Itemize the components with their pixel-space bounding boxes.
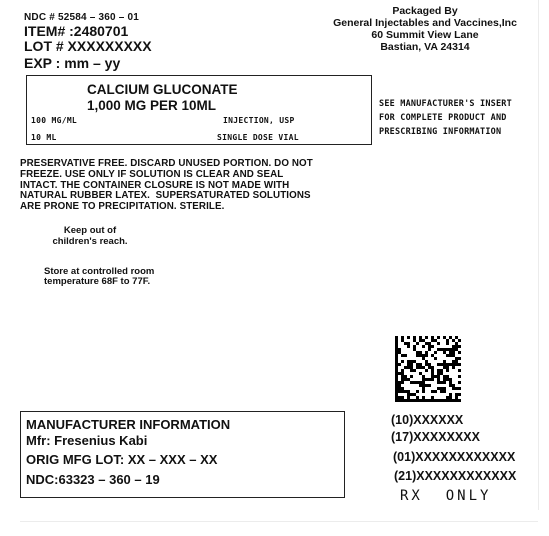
gs1-expiry: (17)XXXXXXXX [391, 430, 480, 444]
rx-only: RX ONLY [400, 488, 491, 504]
product-vial-type: SINGLE DOSE VIAL [217, 133, 299, 142]
storage-notice: Store at controlled room temperature 68F… [44, 267, 184, 287]
warning-line: FREEZE. USE ONLY IF SOLUTION IS CLEAR AN… [20, 170, 350, 181]
insert-note: SEE MANUFACTURER'S INSERT FOR COMPLETE P… [379, 97, 512, 139]
packager-street: 60 Summit View Lane [300, 29, 549, 41]
gs1-serial: (21)XXXXXXXXXXXX [394, 469, 516, 483]
label-edge-right [538, 0, 539, 510]
storage-line: temperature 68F to 77F. [44, 277, 184, 287]
manufacturer-box: MANUFACTURER INFORMATION Mfr: Fresenius … [20, 411, 345, 498]
gs1-batch: (10)XXXXXX [391, 413, 463, 427]
product-volume: 10 ML [31, 133, 57, 142]
lot-number: LOT # XXXXXXXXX [24, 38, 152, 54]
packager-company: General Injectables and Vaccines,Inc [300, 17, 549, 29]
keep-out-notice: Keep out of children's reach. [40, 225, 140, 247]
manufacturer-name: Mfr: Fresenius Kabi [26, 433, 147, 448]
manufacturer-title: MANUFACTURER INFORMATION [26, 417, 230, 432]
product-box: CALCIUM GLUCONATE 1,000 MG PER 10ML 100 … [26, 75, 372, 145]
datamatrix-icon [394, 336, 462, 402]
expiration-date: EXP : mm – yy [24, 55, 120, 71]
keep-out-line: Keep out of [40, 225, 140, 236]
keep-out-line: children's reach. [40, 236, 140, 247]
warning-line: ARE PRONE TO PRECIPITATION. STERILE. [20, 202, 350, 213]
packager-heading: Packaged By [300, 5, 549, 17]
gs1-gtin: (01)XXXXXXXXXXXX [393, 450, 515, 464]
product-strength: 1,000 MG PER 10ML [87, 98, 216, 113]
manufacturer-ndc: NDC:63323 – 360 – 19 [26, 472, 160, 487]
product-name: CALCIUM GLUCONATE [87, 82, 237, 97]
packager-city: Bastian, VA 24314 [300, 41, 549, 53]
insert-line: PRESCRIBING INFORMATION [379, 125, 512, 139]
label-edge-bottom [20, 521, 538, 522]
package-ndc: NDC # 52584 – 360 – 01 [24, 12, 139, 23]
packager-block: Packaged By General Injectables and Vacc… [300, 5, 549, 53]
insert-line: SEE MANUFACTURER'S INSERT [379, 97, 512, 111]
warnings-block: PRESERVATIVE FREE. DISCARD UNUSED PORTIO… [20, 159, 350, 213]
product-concentration: 100 MG/ML [31, 116, 77, 125]
manufacturer-orig-lot: ORIG MFG LOT: XX – XXX – XX [26, 452, 217, 467]
product-form: INJECTION, USP [223, 116, 295, 125]
item-number: ITEM# :2480701 [24, 23, 128, 39]
insert-line: FOR COMPLETE PRODUCT AND [379, 111, 512, 125]
